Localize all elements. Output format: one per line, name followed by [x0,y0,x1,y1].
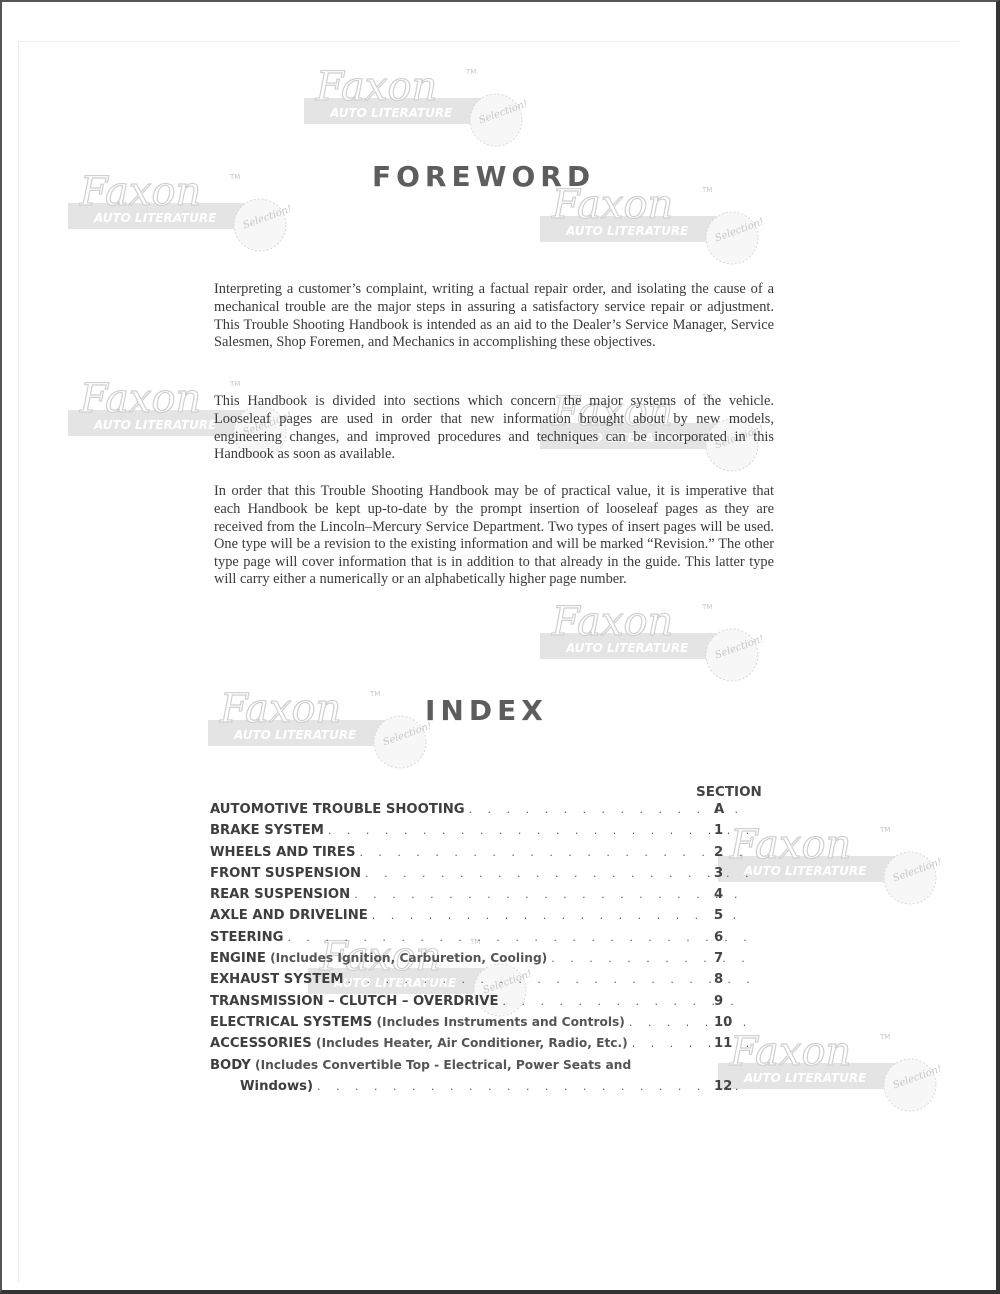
index-entry-label: STEERING [210,930,283,945]
dot-leader: . . . . . . . . . . . . . . . . . . . . … [359,846,750,859]
index-entry-section: 10 [714,1015,738,1030]
index-entry: FRONT SUSPENSION . . . . . . . . . . . .… [210,866,750,887]
index-entry-section: 6 [714,930,738,945]
index-entry-section: 11 [714,1036,738,1051]
index-entry: BODY (Includes Convertible Top - Electri… [210,1058,750,1079]
index-entry-label: ENGINE (Includes Ignition, Carburetion, … [210,951,547,966]
index-entry-label: Windows) [240,1079,313,1094]
index-entry: AUTOMOTIVE TROUBLE SHOOTING . . . . . . … [210,802,750,823]
index-entry: AXLE AND DRIVELINE . . . . . . . . . . .… [210,908,750,929]
index-entry: EXHAUST SYSTEM . . . . . . . . . . . . .… [210,972,750,993]
dot-leader: . . . . . . . . . . . . . . . . . . . . … [287,931,750,944]
index-entry: ACCESSORIES (Includes Heater, Air Condit… [210,1036,750,1057]
index-entry-label: AUTOMOTIVE TROUBLE SHOOTING [210,802,465,817]
dot-leader: . . . . . . . . . . . . . . . . . . . . … [328,824,750,837]
index-entry-section: 8 [714,972,738,987]
index-entry-label: TRANSMISSION – CLUTCH – OVERDRIVE [210,994,499,1009]
index-entry-section: 2 [714,845,738,860]
index-entry-note: (Includes Ignition, Carburetion, Cooling… [266,951,547,965]
index-entry-label: EXHAUST SYSTEM [210,972,343,987]
dot-leader: . . . . . . . . . . . . . . . . . . . . … [365,867,750,880]
index-entry-section: 9 [714,994,738,1009]
index-entry: REAR SUSPENSION . . . . . . . . . . . . … [210,887,750,908]
index-entry-note: (Includes Convertible Top - Electrical, … [251,1058,631,1072]
index-entry: WHEELS AND TIRES . . . . . . . . . . . .… [210,845,750,866]
index-entry-label: BODY (Includes Convertible Top - Electri… [210,1058,631,1073]
index-entry: BRAKE SYSTEM . . . . . . . . . . . . . .… [210,823,750,844]
foreword-paragraph: Interpreting a customer’s complaint, wri… [214,281,774,351]
dot-leader: . . . . . . . . . . . . . . . . . . . . … [469,803,750,816]
index-entry-label: FRONT SUSPENSION [210,866,361,881]
foreword-paragraph: This Handbook is divided into sections w… [214,393,774,463]
index-entry-note: (Includes Instruments and Controls) [372,1015,625,1029]
index-entry-label: WHEELS AND TIRES [210,845,355,860]
index-entry-label: ELECTRICAL SYSTEMS (Includes Instruments… [210,1015,625,1030]
index-list: AUTOMOTIVE TROUBLE SHOOTING . . . . . . … [210,802,750,1100]
index-entry-section: 3 [714,866,738,881]
index-entry-section: 7 [714,951,738,966]
index-entry: Windows) . . . . . . . . . . . . . . . .… [210,1079,750,1100]
index-entry-label: AXLE AND DRIVELINE [210,908,368,923]
index-entry-section: 4 [714,887,738,902]
index-entry: ENGINE (Includes Ignition, Carburetion, … [210,951,750,972]
index-entry: STEERING . . . . . . . . . . . . . . . .… [210,930,750,951]
index-entry: TRANSMISSION – CLUTCH – OVERDRIVE . . . … [210,994,750,1015]
index-entry-label: BRAKE SYSTEM [210,823,324,838]
dot-leader: . . . . . . . . . . . . . . . . . . . . … [317,1080,750,1093]
section-column-header: SECTION [696,784,762,800]
index-entry-section: 12 [714,1079,738,1094]
index-entry-label: REAR SUSPENSION [210,887,350,902]
index-entry: ELECTRICAL SYSTEMS (Includes Instruments… [210,1015,750,1036]
dot-leader: . . . . . . . . . . . . . . . . . . . . … [347,973,750,986]
dot-leader: . . . . . . . . . . . . . . . . . . . . … [503,995,750,1008]
dot-leader: . . . . . . . . . . . . . . . . . . . . … [372,909,750,922]
index-entry-section: 5 [714,908,738,923]
foreword-paragraph: In order that this Trouble Shooting Hand… [214,483,774,589]
index-entry-section: A [714,802,738,817]
index-entry-label: ACCESSORIES (Includes Heater, Air Condit… [210,1036,628,1051]
dot-leader: . . . . . . . . . . . . . . . . . . . . … [354,888,750,901]
index-entry-section: 1 [714,823,738,838]
index-entry-note: (Includes Heater, Air Conditioner, Radio… [312,1036,628,1050]
index-heading: INDEX [425,694,548,727]
foreword-heading: FOREWORD [372,160,595,193]
